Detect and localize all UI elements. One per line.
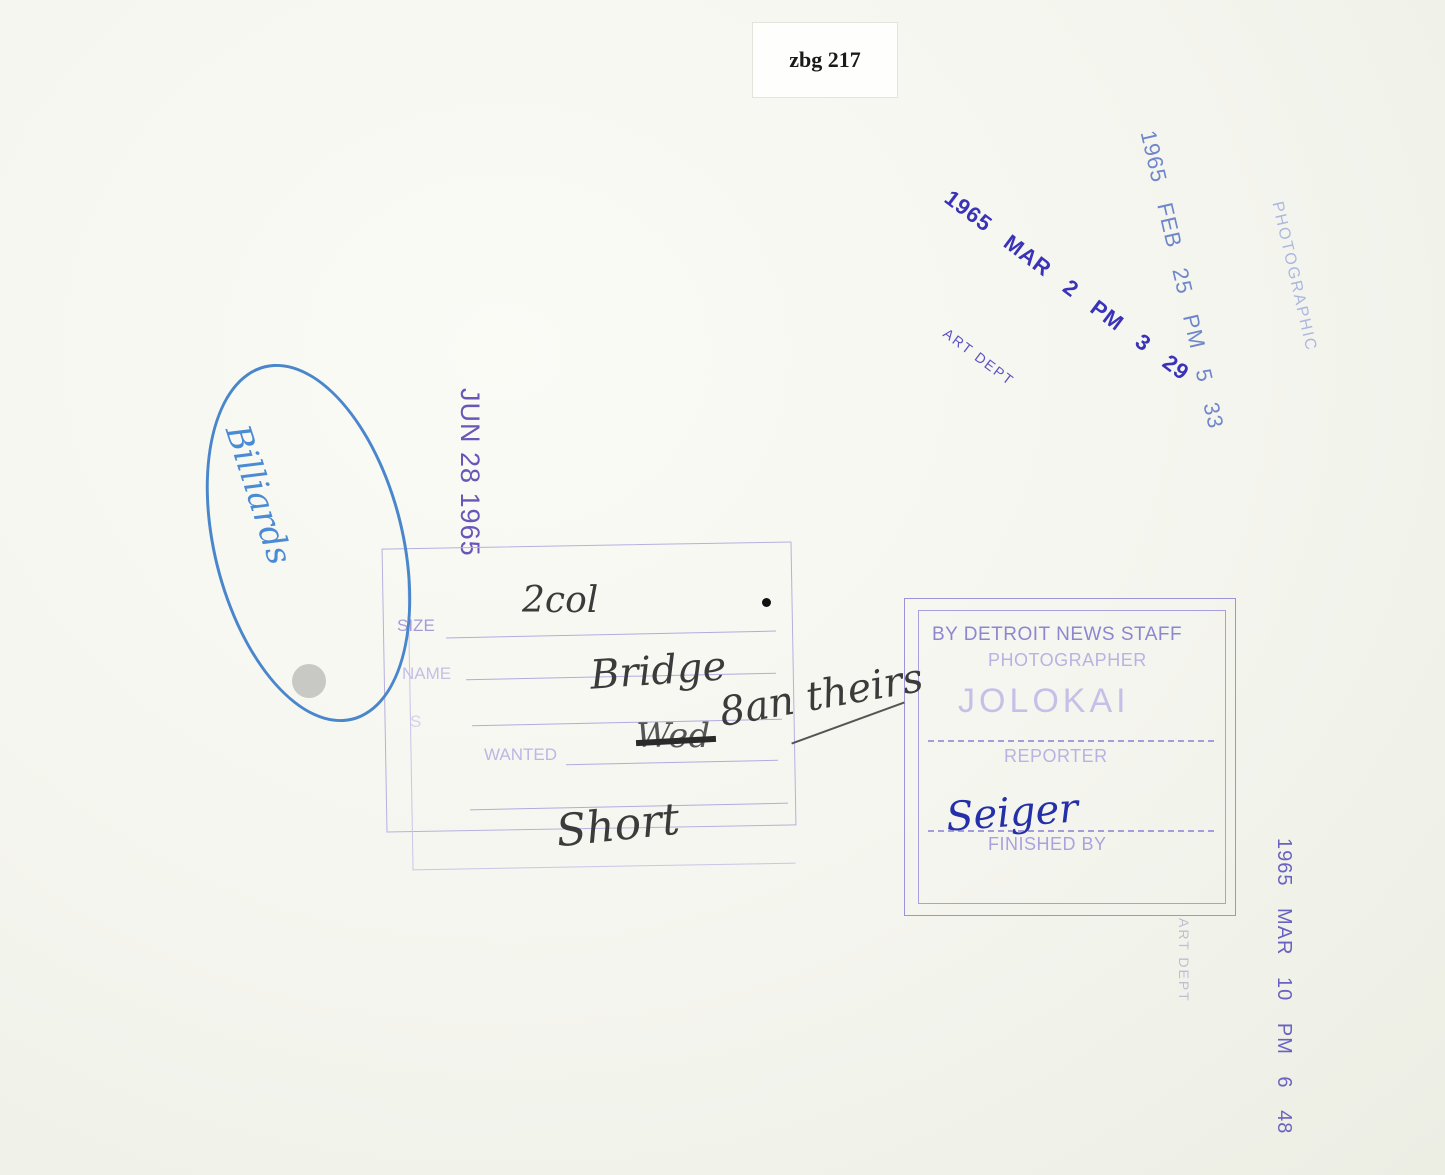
name-value-handwriting: Bridge (589, 643, 728, 698)
photographer-label: PHOTOGRAPHER (988, 650, 1147, 671)
finished-by-label: FINISHED BY (988, 834, 1107, 855)
reporter-label: REPORTER (1004, 746, 1108, 767)
size-value-handwriting: 2col (522, 580, 598, 621)
stamp-jun28-date: JUN 28 1965 (454, 388, 485, 557)
stamp-mar10-date: 1965 MAR 10 PM 6 48 (1272, 838, 1295, 1134)
archive-label: zbg 217 (752, 22, 898, 98)
credit-staff-line: BY DETROIT NEWS STAFF (932, 624, 1182, 646)
wanted-field-label: WANTED (484, 745, 557, 765)
smudge-mark (292, 664, 326, 698)
ink-dot (762, 598, 771, 607)
photographer-rule (928, 740, 1214, 742)
reporter-signature: Seiger (945, 785, 1080, 840)
stamp-art-dept-mar10-label: ART DEPT (1176, 918, 1192, 1003)
s-field-label: S (410, 712, 421, 732)
photographer-name: JOLOKAI (958, 682, 1130, 721)
name-field-label: NAME (402, 664, 451, 684)
archive-id: zbg 217 (789, 47, 861, 73)
